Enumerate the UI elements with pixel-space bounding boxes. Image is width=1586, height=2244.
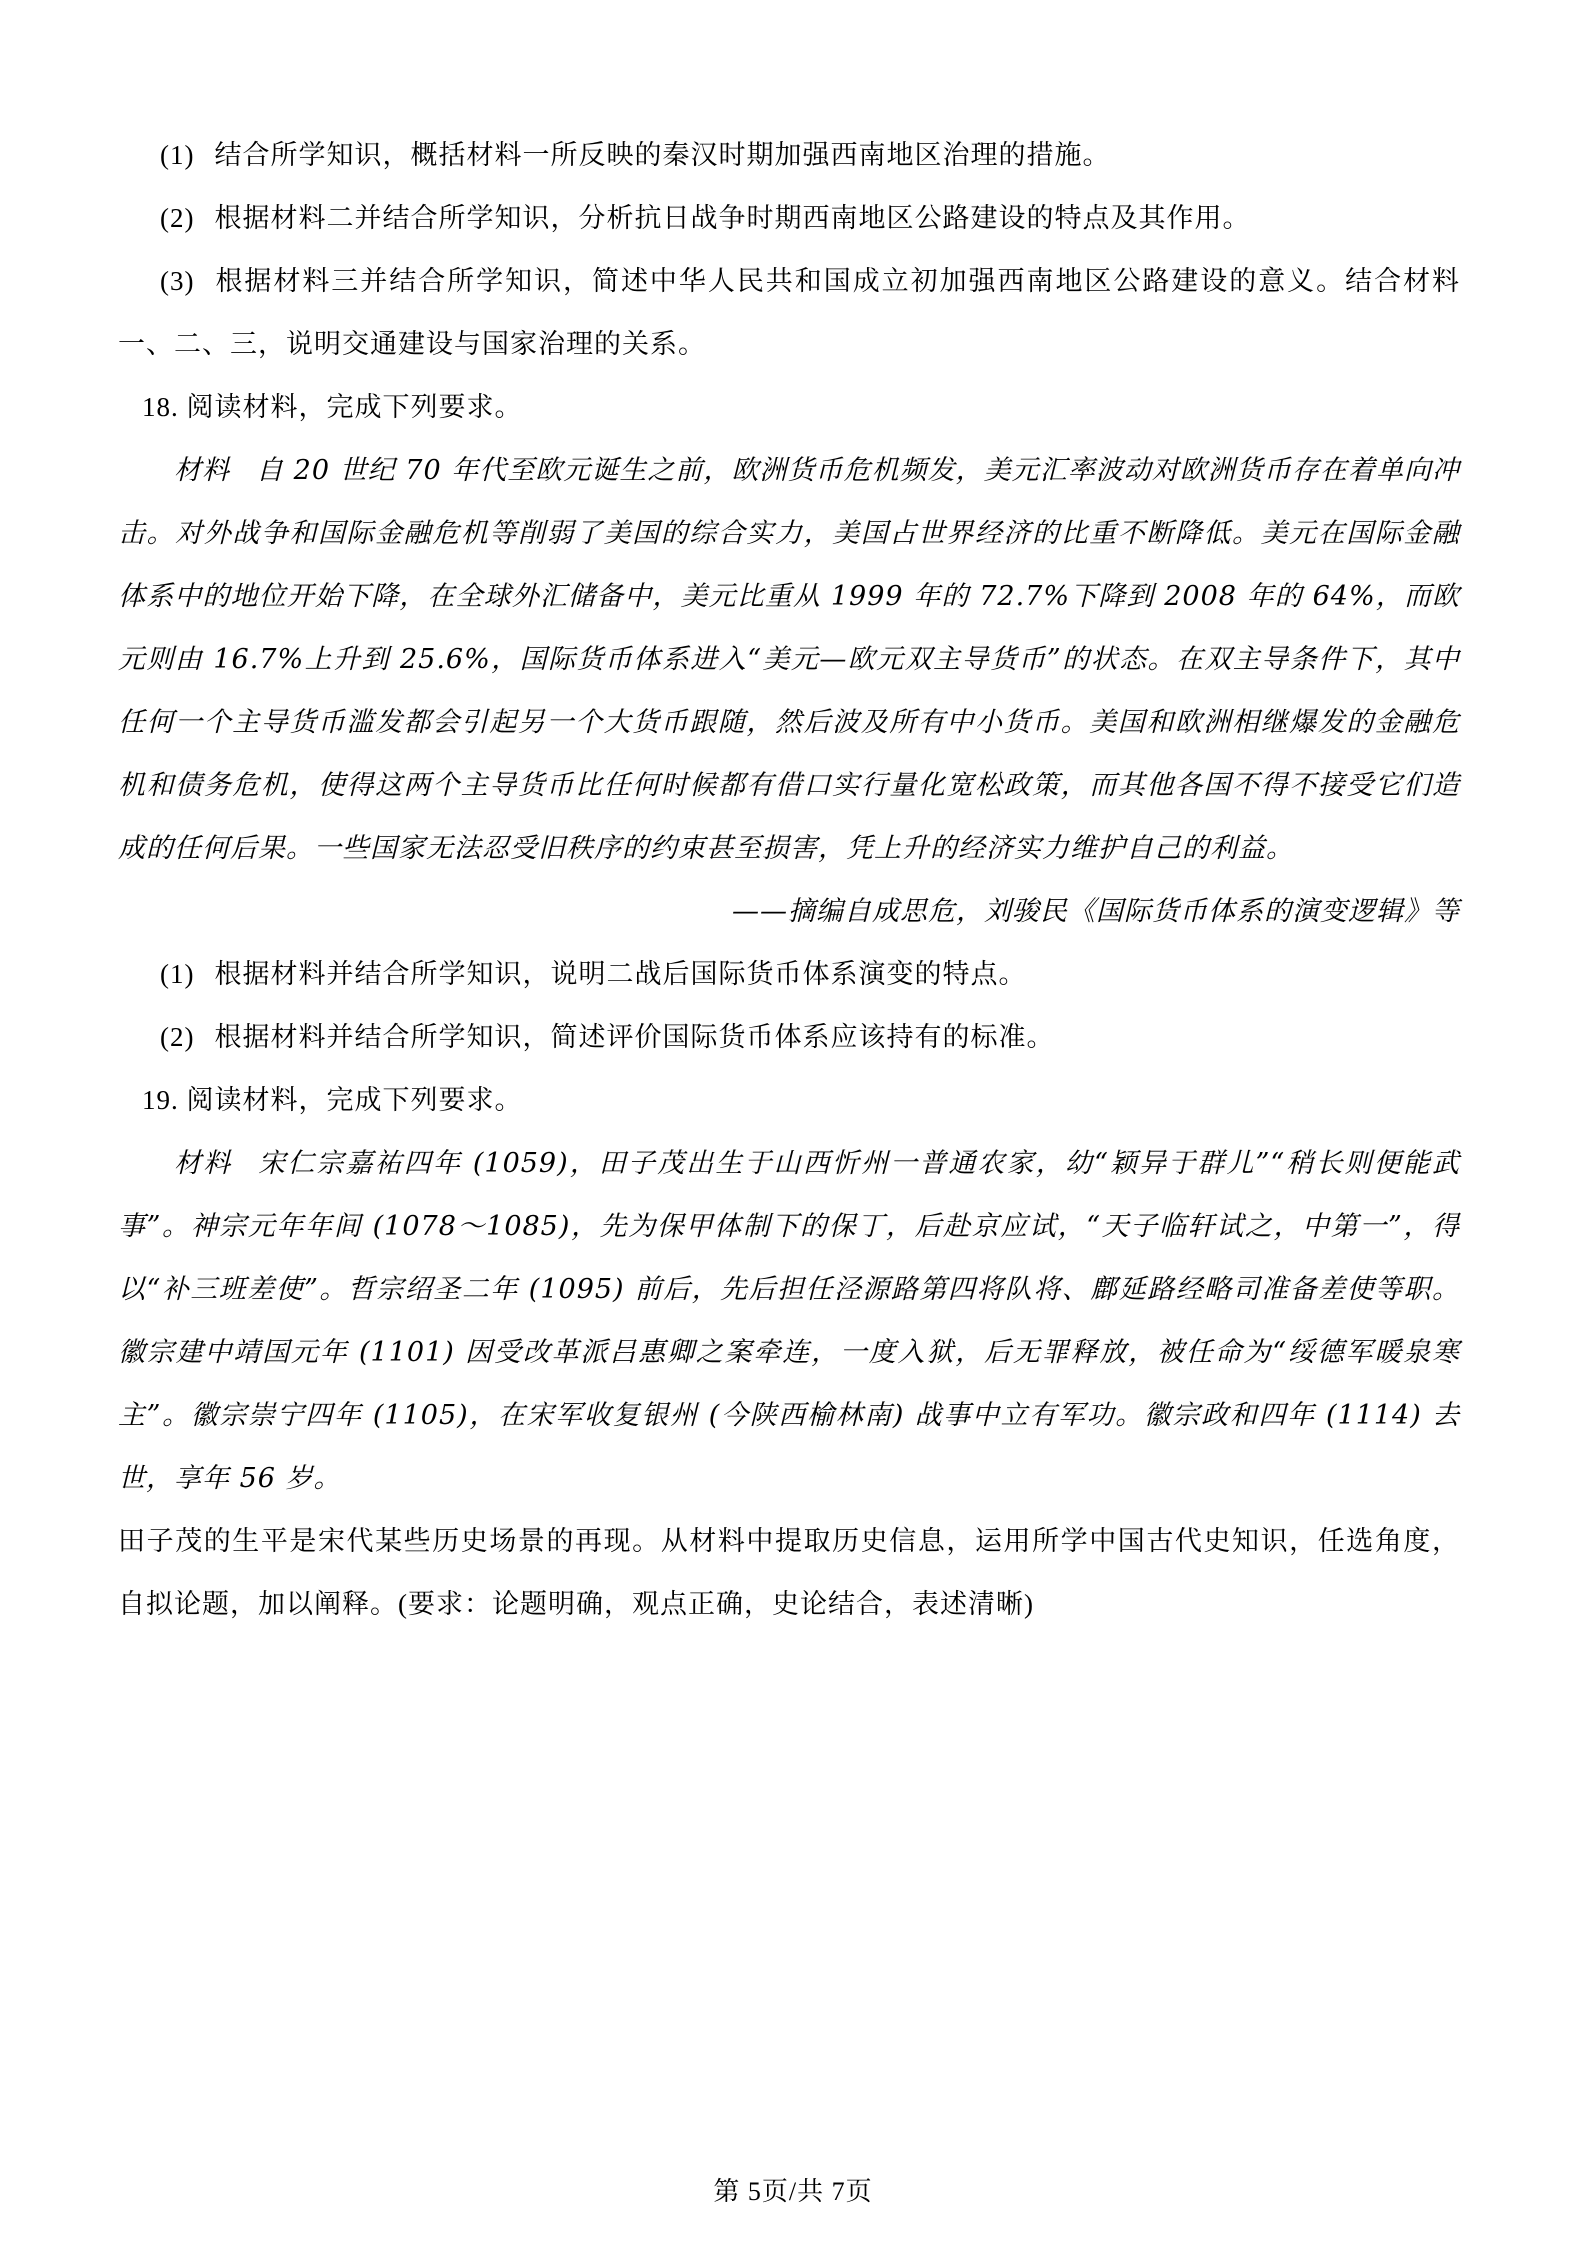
subquestion-text: 根据材料并结合所学知识，说明二战后国际货币体系演变的特点。 (214, 959, 1026, 989)
material-text: 自 20 世纪 70 年代至欧元诞生之前，欧洲货币危机频发，美元汇率波动对欧洲货… (118, 455, 1460, 864)
q17-subquestion-2: (2)根据材料二并结合所学知识，分析抗日战争时期西南地区公路建设的特点及其作用。 (118, 187, 1460, 250)
material-label: 材料 (174, 455, 230, 486)
q17-subquestion-1: (1)结合所学知识，概括材料一所反映的秦汉时期加强西南地区治理的措施。 (118, 124, 1460, 187)
q19-material-paragraph: 材料宋仁宗嘉祐四年 (1059)，田子茂出生于山西忻州一普通农家，幼“颖异于群儿… (118, 1132, 1460, 1510)
q19-heading: 19. 阅读材料，完成下列要求。 (118, 1069, 1460, 1132)
subquestion-number: (2) (160, 1022, 194, 1052)
page-number-indicator: 第 5页/共 7页 (713, 2177, 872, 2206)
page-footer: 第 5页/共 7页 (0, 2172, 1586, 2212)
q18-source-attribution: ——摘编自成思危，刘骏民《国际货币体系的演变逻辑》等 (118, 880, 1460, 943)
exam-page-content: (1)结合所学知识，概括材料一所反映的秦汉时期加强西南地区治理的措施。 (2)根… (118, 124, 1460, 1636)
material-label: 材料 (174, 1148, 232, 1179)
material-text: 宋仁宗嘉祐四年 (1059)，田子茂出生于山西忻州一普通农家，幼“颖异于群儿”“… (118, 1148, 1460, 1494)
subquestion-text: 结合所学知识，概括材料一所反映的秦汉时期加强西南地区治理的措施。 (214, 140, 1110, 170)
subquestion-number: (1) (160, 140, 194, 170)
q19-task-paragraph: 田子茂的生平是宋代某些历史场景的再现。从材料中提取历史信息，运用所学中国古代史知… (118, 1510, 1460, 1636)
subquestion-text: 根据材料三并结合所学知识，简述中华人民共和国成立初加强西南地区公路建设的意义。结… (118, 266, 1460, 359)
q18-heading: 18. 阅读材料，完成下列要求。 (118, 376, 1460, 439)
subquestion-number: (3) (160, 266, 194, 296)
q18-subquestion-1: (1)根据材料并结合所学知识，说明二战后国际货币体系演变的特点。 (118, 943, 1460, 1006)
q18-subquestion-2: (2)根据材料并结合所学知识，简述评价国际货币体系应该持有的标准。 (118, 1006, 1460, 1069)
q18-material-paragraph: 材料自 20 世纪 70 年代至欧元诞生之前，欧洲货币危机频发，美元汇率波动对欧… (118, 439, 1460, 880)
subquestion-number: (2) (160, 203, 194, 233)
subquestion-text: 根据材料并结合所学知识，简述评价国际货币体系应该持有的标准。 (214, 1022, 1054, 1052)
q17-subquestion-3: (3)根据材料三并结合所学知识，简述中华人民共和国成立初加强西南地区公路建设的意… (118, 250, 1460, 376)
subquestion-text: 根据材料二并结合所学知识，分析抗日战争时期西南地区公路建设的特点及其作用。 (214, 203, 1250, 233)
subquestion-number: (1) (160, 959, 194, 989)
